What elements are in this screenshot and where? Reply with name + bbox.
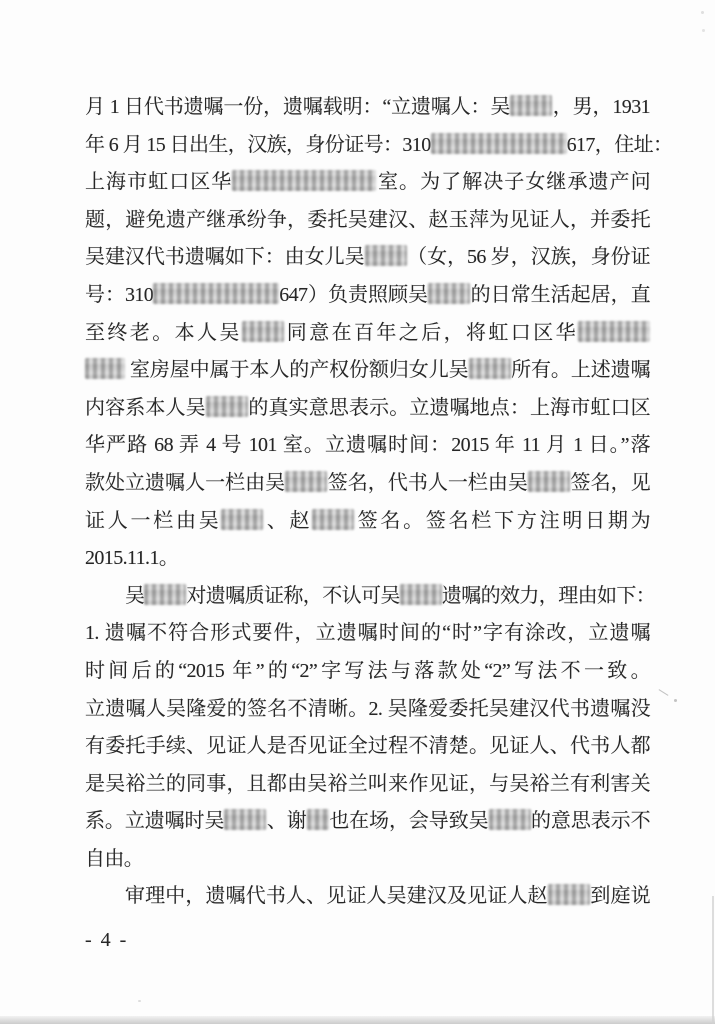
text-segment: 华严路 68 弄 4 号 101 室。立遗嘱时间：2015 年 11 月 1 日… xyxy=(85,434,650,456)
text-segment: 同意在百年之后，将虹口区华 xyxy=(284,322,578,344)
text-segment: 自由。 xyxy=(85,848,143,870)
redaction-block xyxy=(307,809,329,830)
redaction-block xyxy=(312,509,354,530)
text-segment: 的意思表示不 xyxy=(531,810,650,832)
text-line: 吴对遗嘱质证称，不认可吴遗嘱的效力，理由如下： xyxy=(85,578,650,616)
redaction-block xyxy=(221,509,263,530)
text-segment: 签名。签名栏下方注明日期为 xyxy=(354,510,650,532)
text-segment: 立遗嘱人吴隆爱的签名不清晰。2. 吴隆爱委托吴建汉代书遗嘱没 xyxy=(85,698,650,720)
text-line: 年 6 月 15 日出生，汉族，身份证号：310617，住址： xyxy=(85,127,650,165)
text-line: 1. 遗嘱不符合形式要件，立遗嘱时间的“时”字有涂改，立遗嘱 xyxy=(85,615,650,653)
text-line: 款处立遗嘱人一栏由吴签名，代书人一栏由吴签名，见 xyxy=(85,465,650,503)
text-segment: 2015.11.1。 xyxy=(85,547,178,569)
text-line: 是吴裕兰的同事，且都由吴裕兰叫来作见证，与吴裕兰有利害关 xyxy=(85,766,650,804)
redaction-block xyxy=(144,584,186,605)
text-segment: （女，56 岁，汉族，身份证 xyxy=(407,246,650,268)
text-segment: 、赵 xyxy=(263,510,312,532)
text-segment: 647）负责照顾吴 xyxy=(279,284,428,306)
text-line: 室房屋中属于本人的产权份额归女儿吴所有。上述遗嘱 xyxy=(85,352,650,390)
text-segment: 证人一栏由吴 xyxy=(85,510,221,532)
redaction-block xyxy=(153,283,279,304)
scan-artifact-right-edge xyxy=(712,896,714,1024)
redaction-block xyxy=(431,133,567,154)
text-segment: 室房屋中属于本人的产权份额归女儿吴 xyxy=(125,359,469,381)
text-segment: 到庭说 xyxy=(590,885,650,907)
redaction-block xyxy=(206,396,248,417)
redaction-block xyxy=(428,283,470,304)
text-line: 至终老。本人吴同意在百年之后，将虹口区华 xyxy=(85,315,650,353)
text-segment: 年 6 月 15 日出生，汉族，身份证号：310 xyxy=(85,134,431,156)
scan-artifact-speck xyxy=(702,29,705,32)
text-segment: ，男，1931 xyxy=(552,96,650,118)
text-line: 月 1 日代书遗嘱一份，遗嘱载明：“立遗嘱人：吴，男，1931 xyxy=(85,89,650,127)
text-segment: 吴建汉代书遗嘱如下：由女儿吴 xyxy=(85,246,365,268)
text-line: 上海市虹口区华室。为了解决子女继承遗产问 xyxy=(85,164,650,202)
redaction-block xyxy=(285,471,327,492)
text-line: 时间后的“2015 年”的“2”字写法与落款处“2”写法不一致。 xyxy=(85,653,650,691)
text-segment: 内容系本人吴 xyxy=(85,397,206,419)
text-segment: 617，住址： xyxy=(567,134,673,156)
text-segment: 、谢 xyxy=(266,810,306,832)
text-line: 题，避免遗产继承纷争，委托吴建汉、赵玉萍为见证人，并委托 xyxy=(85,202,650,240)
redaction-block xyxy=(242,321,284,342)
text-segment: 月 1 日代书遗嘱一份，遗嘱载明：“立遗嘱人：吴 xyxy=(85,96,510,118)
redaction-block xyxy=(510,95,552,116)
text-line: 吴建汉代书遗嘱如下：由女儿吴（女，56 岁，汉族，身份证 xyxy=(85,239,650,277)
text-line: 立遗嘱人吴隆爱的签名不清晰。2. 吴隆爱委托吴建汉代书遗嘱没 xyxy=(85,691,650,729)
scanned-page: 月 1 日代书遗嘱一份，遗嘱载明：“立遗嘱人：吴，男，1931年 6 月 15 … xyxy=(0,0,715,1024)
document-text: 月 1 日代书遗嘱一份，遗嘱载明：“立遗嘱人：吴，男，1931年 6 月 15 … xyxy=(85,89,650,916)
text-segment: 遗嘱的效力，理由如下： xyxy=(442,585,655,607)
text-segment: 有委托手续、见证人是否见证全过程不清楚。见证人、代书人都 xyxy=(85,735,650,757)
text-line: 证人一栏由吴、赵签名。签名栏下方注明日期为 xyxy=(85,503,650,541)
redaction-block xyxy=(400,584,442,605)
text-line: 内容系本人吴的真实意思表示。立遗嘱地点：上海市虹口区 xyxy=(85,390,650,428)
text-segment: 也在场，会导致吴 xyxy=(329,810,489,832)
text-segment: 对遗嘱质证称，不认可吴 xyxy=(186,585,399,607)
text-segment: 上海市虹口区华 xyxy=(85,171,232,193)
text-segment: 号：310 xyxy=(85,284,153,306)
text-line: 华严路 68 弄 4 号 101 室。立遗嘱时间：2015 年 11 月 1 日… xyxy=(85,427,650,465)
redaction-block xyxy=(578,321,650,342)
text-segment: 审理中，遗嘱代书人、见证人吴建汉及见证人赵 xyxy=(125,885,548,907)
text-segment: 至终老。本人吴 xyxy=(85,322,242,344)
scan-artifact-bottom-band xyxy=(0,1016,715,1024)
redaction-block xyxy=(365,245,407,266)
text-segment: 1. 遗嘱不符合形式要件，立遗嘱时间的“时”字有涂改，立遗嘱 xyxy=(85,622,650,644)
redaction-block xyxy=(548,884,590,905)
text-segment: 的日常生活起居，直 xyxy=(470,284,650,306)
redaction-block xyxy=(469,358,511,379)
text-segment: 所有。上述遗嘱 xyxy=(511,359,650,381)
text-line: 审理中，遗嘱代书人、见证人吴建汉及见证人赵到庭说 xyxy=(85,878,650,916)
text-segment: 吴 xyxy=(125,585,144,607)
text-segment: 款处立遗嘱人一栏由吴 xyxy=(85,472,285,494)
scan-artifact-scratch xyxy=(659,689,669,696)
text-segment: 题，避免遗产继承纷争，委托吴建汉、赵玉萍为见证人，并委托 xyxy=(85,209,650,231)
text-segment: 签名，见 xyxy=(570,472,650,494)
text-segment: 签名，代书人一栏由吴 xyxy=(327,472,528,494)
text-segment: 系。立遗嘱时吴 xyxy=(85,810,224,832)
text-line: 号：310647）负责照顾吴的日常生活起居，直 xyxy=(85,277,650,315)
text-segment: 是吴裕兰的同事，且都由吴裕兰叫来作见证，与吴裕兰有利害关 xyxy=(85,773,650,795)
scan-artifact-speck xyxy=(138,1000,141,1002)
text-segment: 的真实意思表示。立遗嘱地点：上海市虹口区 xyxy=(248,397,650,419)
redaction-block xyxy=(85,358,125,379)
page-number: - 4 - xyxy=(85,922,128,959)
text-line: 自由。 xyxy=(85,841,650,879)
text-segment: 时间后的“2015 年”的“2”字写法与落款处“2”写法不一致。 xyxy=(85,660,650,682)
text-segment: 室。为了解决子女继承遗产问 xyxy=(376,171,650,193)
redaction-block xyxy=(489,809,531,830)
scan-artifact-speck xyxy=(674,699,677,702)
text-line: 有委托手续、见证人是否见证全过程不清楚。见证人、代书人都 xyxy=(85,728,650,766)
scan-artifact-speck xyxy=(701,11,704,14)
redaction-block xyxy=(528,471,570,492)
text-line: 系。立遗嘱时吴、谢也在场，会导致吴的意思表示不 xyxy=(85,803,650,841)
text-line: 2015.11.1。 xyxy=(85,540,650,578)
redaction-block xyxy=(232,170,376,191)
redaction-block xyxy=(224,809,266,830)
